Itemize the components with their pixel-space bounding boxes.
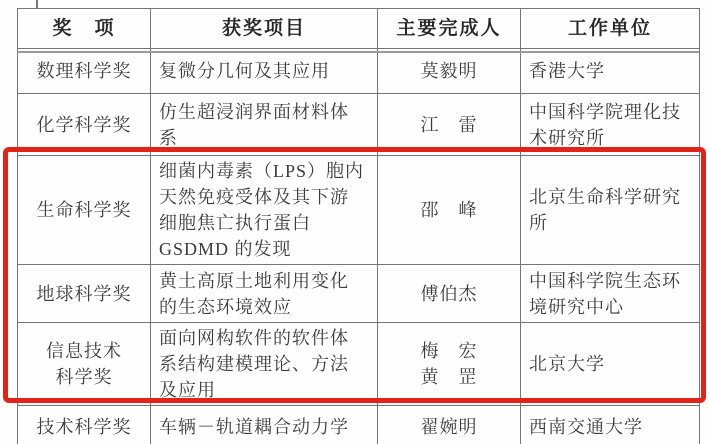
table-row-earth-science: 地球科学奖 黄土高原土地利用变化 的生态环境效应 傅伯杰 中国科学院生态环 境研… — [18, 265, 700, 323]
cell-org: 北京生命科学研究 所 — [521, 156, 700, 265]
cell-project: 车辆－轨道耦合动力学 — [151, 406, 378, 444]
header-work-unit: 工作单位 — [521, 9, 700, 49]
table-row-chemistry: 化学科学奖 仿生超浸润界面材料体 系 江 雷 中国科学院理化技 术研究所 — [18, 94, 700, 156]
cell-project: 仿生超浸润界面材料体 系 — [151, 94, 378, 156]
cell-award: 数理科学奖 — [18, 49, 151, 94]
cell-project: 细菌内毒素（LPS）胞内 天然免疫受体及其下游 细胞焦亡执行蛋白 GSDMD 的… — [151, 156, 378, 265]
cell-award: 化学科学奖 — [18, 94, 151, 156]
cell-project: 面向网构软件的软件体 系结构建模理论、方法 及应用 — [151, 323, 378, 406]
cell-people: 江 雷 — [378, 94, 521, 156]
header-main-contributors: 主要完成人 — [378, 9, 521, 49]
cell-org: 香港大学 — [521, 49, 700, 94]
cell-people: 梅 宏 黄 罡 — [378, 323, 521, 406]
cell-people: 邵 峰 — [378, 156, 521, 265]
cell-org: 中国科学院理化技 术研究所 — [521, 94, 700, 156]
table-row-life-science: 生命科学奖 细菌内毒素（LPS）胞内 天然免疫受体及其下游 细胞焦亡执行蛋白 G… — [18, 156, 700, 265]
cell-award: 生命科学奖 — [18, 156, 151, 265]
table-row-math-physics: 数理科学奖 复微分几何及其应用 莫毅明 香港大学 — [18, 49, 700, 94]
cell-award: 地球科学奖 — [18, 265, 151, 323]
awards-table: 奖 项 获奖项目 主要完成人 工作单位 数理科学奖 复微分几何及其应用 莫毅明 … — [17, 8, 700, 444]
cell-people: 莫毅明 — [378, 49, 521, 94]
cell-org: 北京大学 — [521, 323, 700, 406]
header-award-project: 获奖项目 — [151, 9, 378, 49]
cell-project: 复微分几何及其应用 — [151, 49, 378, 94]
table-row-information-technology: 信息技术 科学奖 面向网构软件的软件体 系结构建模理论、方法 及应用 梅 宏 黄… — [18, 323, 700, 406]
header-double-rule — [17, 51, 699, 53]
cell-org: 中国科学院生态环 境研究中心 — [521, 265, 700, 323]
cell-award: 信息技术 科学奖 — [18, 323, 151, 406]
header-award-category: 奖 项 — [18, 9, 151, 49]
cell-project: 黄土高原土地利用变化 的生态环境效应 — [151, 265, 378, 323]
cell-award: 技术科学奖 — [18, 406, 151, 444]
table-header-row: 奖 项 获奖项目 主要完成人 工作单位 — [18, 9, 700, 49]
cell-people: 傅伯杰 — [378, 265, 521, 323]
cell-people: 翟婉明 — [378, 406, 521, 444]
table-row-technology-science: 技术科学奖 车辆－轨道耦合动力学 翟婉明 西南交通大学 — [18, 406, 700, 444]
cell-org: 西南交通大学 — [521, 406, 700, 444]
